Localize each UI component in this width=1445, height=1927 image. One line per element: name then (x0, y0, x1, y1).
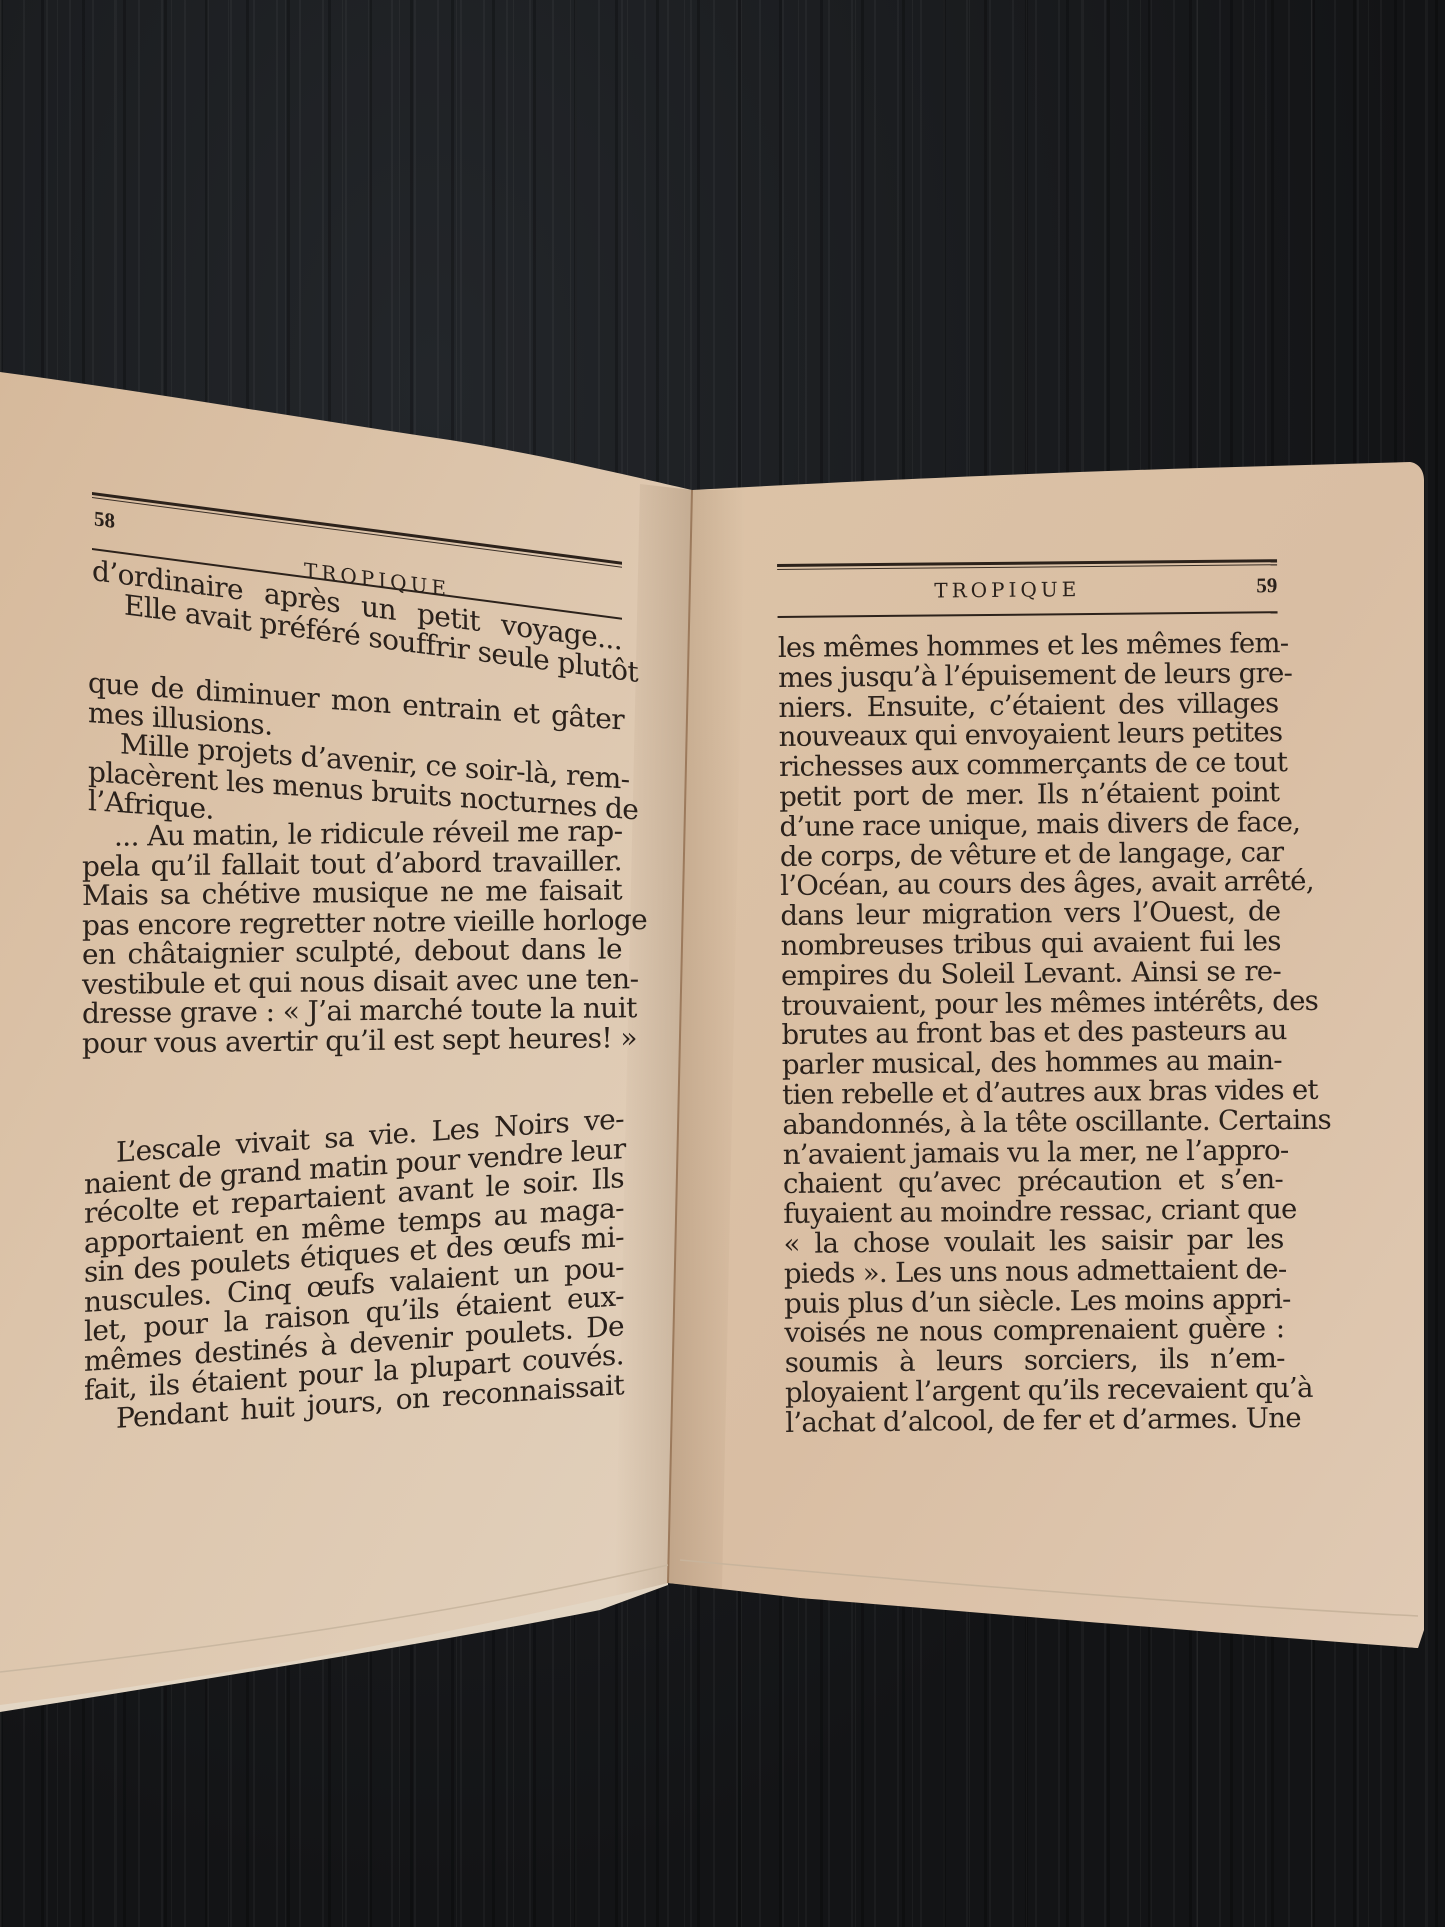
text-line: pour vous avertir qu’il est sept heures!… (82, 1023, 622, 1058)
text-line: l’achat d’alcool, de fer et d’armes. Une (785, 1404, 1285, 1439)
photo-scene: 58 TROPIQUE d’ordinaire après un petit v… (0, 0, 1445, 1927)
header-double-rule (777, 559, 1277, 571)
page-number: 58 (94, 506, 115, 534)
left-paragraph-4: L’escale vivait sa vie. Les Noirs ve- na… (84, 1104, 624, 1435)
running-head-title: TROPIQUE (737, 575, 1277, 604)
page-number: 59 (1256, 573, 1277, 598)
right-paragraph: les mêmes hommes et les mêmes fem- mes j… (778, 629, 1286, 1438)
running-head: TROPIQUE 59 (777, 553, 1278, 618)
right-page: TROPIQUE 59 les mêmes hommes et les même… (777, 553, 1278, 618)
left-paragraph-3: ... Au matin, le ridicule réveil me rap-… (82, 816, 622, 1058)
